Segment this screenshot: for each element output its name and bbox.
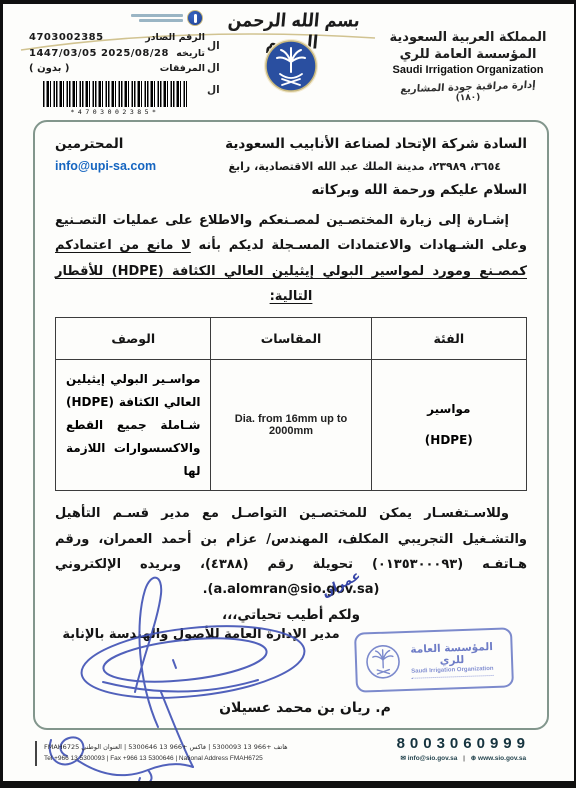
attachments-value: ( بدون ) bbox=[29, 61, 69, 77]
cell-description: مواسـير البولي إيثيلين العالي الكثافة (H… bbox=[56, 360, 211, 491]
addressee-address: ٣٦٥٤، ٢٣٩٨٩، مدينة الملك عبد الله الاقتص… bbox=[229, 160, 502, 173]
letter-body-box: السادة شركة الإتحاد لصناعة الأنابيب السع… bbox=[33, 120, 549, 730]
fragment-text: ال bbox=[207, 62, 220, 74]
table-header-sizes: المقاسات bbox=[211, 318, 371, 360]
registry-stamp-block: الرقم الصادر 4703002385 تاريخه 1447/03/0… bbox=[29, 10, 205, 116]
registry-number-row: الرقم الصادر 4703002385 bbox=[29, 30, 205, 46]
barcode-block: *4703002385* bbox=[43, 81, 187, 116]
signer-name: م. ريان بن محمد عسيلان bbox=[185, 700, 425, 716]
attachments-label: المرفقات bbox=[160, 62, 205, 77]
barcode-digits: *4703002385* bbox=[43, 108, 187, 116]
registry-date-row: تاريخه 1447/03/05 2025/08/28 bbox=[29, 46, 205, 62]
fragment-text: ال bbox=[207, 84, 220, 96]
table-header-row: الفئة المقاسات الوصف bbox=[56, 318, 527, 360]
addressee-email: info@upi-sa.com bbox=[55, 159, 156, 173]
footer-contact-ar: هاتف +966 13 5300093 | فاكس +966 13 5300… bbox=[44, 741, 288, 753]
rubber-stamp-palm-icon bbox=[364, 643, 401, 680]
sizes-value: Dia. from 16mm up to 2000mm bbox=[211, 413, 370, 437]
addressee-name: السادة شركة الإتحاد لصناعة الأنابيب السع… bbox=[225, 136, 527, 152]
salutation: السلام عليكم ورحمة الله وبركاته bbox=[55, 182, 527, 198]
hotline-number: 8003060999 bbox=[397, 735, 530, 752]
cell-sizes: Dia. from 16mm up to 2000mm bbox=[211, 360, 371, 491]
barcode-icon bbox=[43, 81, 187, 107]
org-name-ar-line1: المملكة العربية السعودية bbox=[380, 30, 556, 45]
footer-email: info@sio.gov.sa bbox=[408, 755, 458, 762]
rubber-stamp-text: المؤسسة العامة للري Saudi Irrigation Org… bbox=[400, 640, 503, 679]
paragraph-approval: إشـارة إلى زيارة المختصـين لمصـنعكم والا… bbox=[55, 208, 527, 309]
footer-web-line: ✉ info@sio.gov.sa | ⊕ www.sio.gov.sa bbox=[397, 754, 530, 762]
globe-icon: ⊕ bbox=[471, 755, 476, 762]
mini-palm-emblem-icon bbox=[187, 10, 203, 26]
specification-table: الفئة المقاسات الوصف مواسير (HDPE) Dia. … bbox=[55, 317, 527, 491]
footer-separator: | bbox=[463, 755, 465, 762]
footer-hotline-block: 8003060999 ✉ info@sio.gov.sa | ⊕ www.sio… bbox=[397, 735, 530, 762]
mini-logo-text-bars bbox=[131, 14, 183, 22]
addressee-row: السادة شركة الإتحاد لصناعة الأنابيب السع… bbox=[55, 136, 527, 152]
cell-category: مواسير (HDPE) bbox=[371, 360, 526, 491]
attachments-row: المرفقات ( بدون ) bbox=[29, 61, 205, 77]
org-name-ar-line2: المؤسسة العامة للري bbox=[380, 47, 556, 62]
mini-org-logo bbox=[29, 10, 203, 26]
table-header-category: الفئة bbox=[371, 318, 526, 360]
scanned-letter-page: الرقم الصادر 4703002385 تاريخه 1447/03/0… bbox=[0, 0, 576, 788]
signer-title: مدير الإدارة العامة للأصول والهندسة بالإ… bbox=[51, 627, 351, 642]
rubber-stamp-dotted-line bbox=[412, 674, 494, 678]
category-line2: (HDPE) bbox=[372, 425, 526, 456]
footer-contact-en: Tel +966 13 5300093 | Fax +966 13 530064… bbox=[44, 753, 288, 765]
category-line1: مواسير bbox=[372, 394, 526, 425]
palm-emblem-icon bbox=[263, 38, 319, 94]
registry-date-value: 1447/03/05 2025/08/28 bbox=[29, 46, 169, 62]
honorific: المحترمين bbox=[55, 136, 123, 152]
org-name-en: Saudi Irrigation Organization bbox=[380, 64, 556, 76]
registry-number-value: 4703002385 bbox=[29, 30, 104, 46]
official-rubber-stamp: المؤسسة العامة للري Saudi Irrigation Org… bbox=[354, 627, 514, 692]
footer-contact-block: هاتف +966 13 5300093 | فاكس +966 13 5300… bbox=[35, 741, 288, 766]
org-header-block: المملكة العربية السعودية المؤسسة العامة … bbox=[380, 30, 556, 103]
envelope-icon: ✉ bbox=[400, 755, 405, 762]
table-header-description: الوصف bbox=[56, 318, 211, 360]
registry-number-label: الرقم الصادر bbox=[145, 31, 205, 46]
paragraph-contact: وللاسـتفسـار يمكن للمختصـين التواصـل مع … bbox=[55, 501, 527, 602]
footer-website: www.sio.gov.sa bbox=[478, 755, 526, 762]
table-row: مواسير (HDPE) Dia. from 16mm up to 2000m… bbox=[56, 360, 527, 491]
rubber-stamp-org-ar: المؤسسة العامة للري bbox=[400, 640, 503, 668]
address-row: ٣٦٥٤، ٢٣٩٨٩، مدينة الملك عبد الله الاقتص… bbox=[55, 159, 527, 173]
closing-salutation: ولكم أطيب تحياتي،،، bbox=[55, 607, 527, 623]
